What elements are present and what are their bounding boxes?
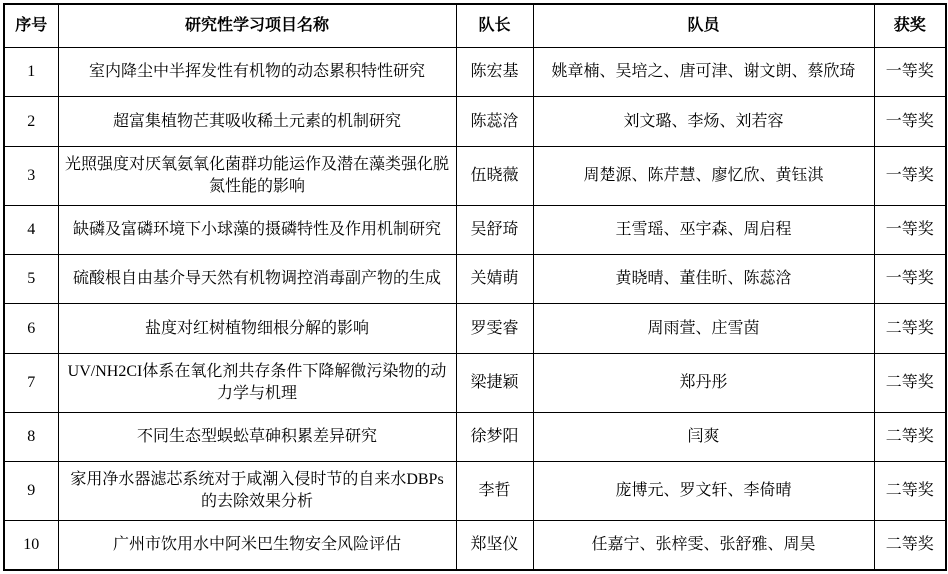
cell-team-members: 庞博元、罗文轩、李倚晴 [533,462,874,521]
cell-project-name: 光照强度对厌氧氨氧化菌群功能运作及潜在藻类强化脱氮性能的影响 [58,146,456,205]
cell-team-leader: 罗雯睿 [456,304,533,353]
cell-team-members: 黄晓晴、董佳昕、陈蕊浛 [533,255,874,304]
cell-award: 一等奖 [874,146,946,205]
cell-project-name: 硫酸根自由基介导天然有机物调控消毒副产物的生成 [58,255,456,304]
cell-project-name: 缺磷及富磷环境下小球藻的摄磷特性及作用机制研究 [58,205,456,254]
cell-team-leader: 陈蕊浛 [456,97,533,146]
cell-team-leader: 郑坚仪 [456,521,533,570]
header-serial-number: 序号 [4,4,58,48]
cell-award: 二等奖 [874,304,946,353]
cell-serial-number: 1 [4,48,58,97]
cell-award: 二等奖 [874,521,946,570]
cell-award: 一等奖 [874,255,946,304]
cell-serial-number: 4 [4,205,58,254]
table-row: 4 缺磷及富磷环境下小球藻的摄磷特性及作用机制研究 吴舒琦 王雪瑶、巫宇森、周启… [4,205,946,254]
research-projects-awards-table: 序号 研究性学习项目名称 队长 队员 获奖 1 室内降尘中半挥发性有机物的动态累… [3,3,947,571]
cell-project-name: 不同生态型蜈蚣草砷积累差异研究 [58,412,456,461]
table-row: 3 光照强度对厌氧氨氧化菌群功能运作及潜在藻类强化脱氮性能的影响 伍晓薇 周楚源… [4,146,946,205]
cell-project-name: 广州市饮用水中阿米巴生物安全风险评估 [58,521,456,570]
cell-team-leader: 伍晓薇 [456,146,533,205]
table-header: 序号 研究性学习项目名称 队长 队员 获奖 [4,4,946,48]
cell-project-name: 家用净水器滤芯系统对于咸潮入侵时节的自来水DBPs的去除效果分析 [58,462,456,521]
cell-project-name: 超富集植物芒萁吸收稀土元素的机制研究 [58,97,456,146]
table-row: 1 室内降尘中半挥发性有机物的动态累积特性研究 陈宏基 姚章楠、吴培之、唐可津、… [4,48,946,97]
table-row: 5 硫酸根自由基介导天然有机物调控消毒副产物的生成 关婧萌 黄晓晴、董佳昕、陈蕊… [4,255,946,304]
cell-serial-number: 5 [4,255,58,304]
table-row: 9 家用净水器滤芯系统对于咸潮入侵时节的自来水DBPs的去除效果分析 李哲 庞博… [4,462,946,521]
cell-serial-number: 2 [4,97,58,146]
cell-team-members: 姚章楠、吴培之、唐可津、谢文朗、蔡欣琦 [533,48,874,97]
cell-team-members: 任嘉宁、张梓雯、张舒雅、周昊 [533,521,874,570]
page: 序号 研究性学习项目名称 队长 队员 获奖 1 室内降尘中半挥发性有机物的动态累… [0,0,948,574]
cell-team-leader: 陈宏基 [456,48,533,97]
cell-team-members: 周楚源、陈芹慧、廖忆欣、黄钰淇 [533,146,874,205]
cell-team-members: 王雪瑶、巫宇森、周启程 [533,205,874,254]
cell-team-leader: 李哲 [456,462,533,521]
cell-project-name: 盐度对红树植物细根分解的影响 [58,304,456,353]
header-project-name: 研究性学习项目名称 [58,4,456,48]
cell-serial-number: 6 [4,304,58,353]
table-row: 2 超富集植物芒萁吸收稀土元素的机制研究 陈蕊浛 刘文璐、李炀、刘若容 一等奖 [4,97,946,146]
cell-serial-number: 10 [4,521,58,570]
cell-award: 二等奖 [874,462,946,521]
cell-team-leader: 梁捷颖 [456,353,533,412]
cell-award: 一等奖 [874,97,946,146]
table-row: 8 不同生态型蜈蚣草砷积累差异研究 徐梦阳 闫爽 二等奖 [4,412,946,461]
cell-team-leader: 徐梦阳 [456,412,533,461]
cell-serial-number: 9 [4,462,58,521]
cell-team-leader: 关婧萌 [456,255,533,304]
cell-serial-number: 3 [4,146,58,205]
table-row: 7 UV/NH2CI体系在氧化剂共存条件下降解微污染物的动力学与机理 梁捷颖 郑… [4,353,946,412]
cell-team-members: 刘文璐、李炀、刘若容 [533,97,874,146]
cell-award: 二等奖 [874,412,946,461]
cell-project-name: UV/NH2CI体系在氧化剂共存条件下降解微污染物的动力学与机理 [58,353,456,412]
cell-team-members: 郑丹彤 [533,353,874,412]
cell-award: 一等奖 [874,205,946,254]
cell-award: 一等奖 [874,48,946,97]
table-row: 6 盐度对红树植物细根分解的影响 罗雯睿 周雨萱、庄雪茵 二等奖 [4,304,946,353]
header-award: 获奖 [874,4,946,48]
cell-team-leader: 吴舒琦 [456,205,533,254]
cell-award: 二等奖 [874,353,946,412]
table-body: 1 室内降尘中半挥发性有机物的动态累积特性研究 陈宏基 姚章楠、吴培之、唐可津、… [4,48,946,571]
cell-serial-number: 7 [4,353,58,412]
header-team-leader: 队长 [456,4,533,48]
cell-project-name: 室内降尘中半挥发性有机物的动态累积特性研究 [58,48,456,97]
table-row: 10 广州市饮用水中阿米巴生物安全风险评估 郑坚仪 任嘉宁、张梓雯、张舒雅、周昊… [4,521,946,570]
cell-team-members: 闫爽 [533,412,874,461]
header-row: 序号 研究性学习项目名称 队长 队员 获奖 [4,4,946,48]
cell-serial-number: 8 [4,412,58,461]
cell-team-members: 周雨萱、庄雪茵 [533,304,874,353]
header-team-members: 队员 [533,4,874,48]
